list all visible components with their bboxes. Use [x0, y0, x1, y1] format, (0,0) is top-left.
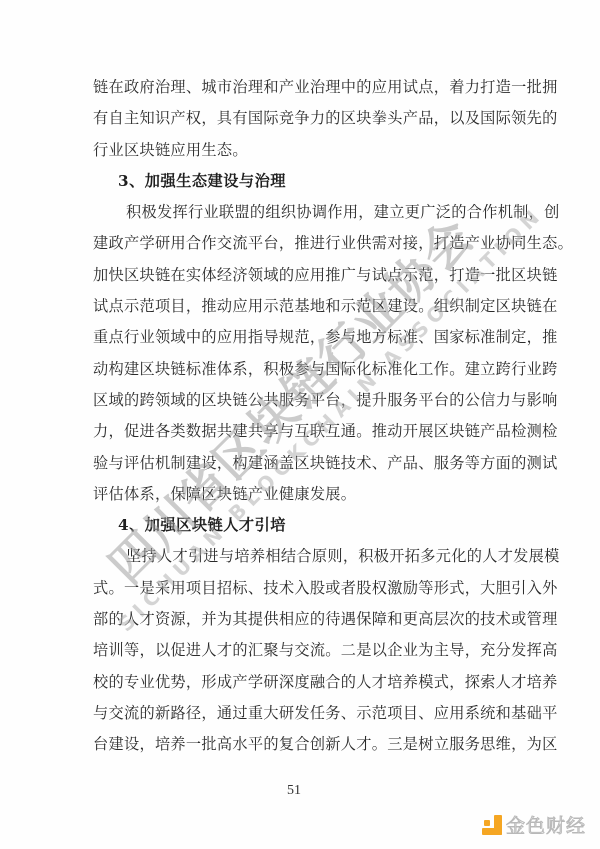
text-line: 培训等，以促进人才的汇聚与交流。二是以企业为主导，充分发挥高 — [93, 635, 509, 666]
page-number: 51 — [287, 783, 301, 799]
text-line: 与交流的新路径，通过重大研发任务、示范项目、应用系统和基础平 — [93, 698, 509, 729]
paragraph-ecosystem: 积极发挥行业联盟的组织协调作用，建立更广泛的合作机制，创 建政产学研用合作交流平… — [93, 197, 509, 510]
text-line: 校的专业优势，形成产学研深度融合的人才培养模式，探索人才培养 — [93, 667, 509, 698]
text-line: 积极发挥行业联盟的组织协调作用，建立更广泛的合作机制，创 — [93, 197, 509, 228]
brand-logo-icon — [482, 815, 502, 835]
text-line: 部的人才资源，并为其提供相应的待遇保障和更高层次的技术或管理 — [93, 604, 509, 635]
text-line: 验与评估机制建设，构建涵盖区块链技术、产品、服务等方面的测试 — [93, 448, 509, 479]
paragraph-talent: 坚持人才引进与培养相结合原则，积极开拓多元化的人才发展模 式。一是采用项目招标、… — [93, 541, 509, 760]
section-heading-3: 3、加强生态建设与治理 — [93, 166, 509, 197]
text-line: 动构建区块链标准体系，积极参与国际化标准化工作。建立跨行业跨 — [93, 354, 509, 385]
text-line: 试点示范项目，推动应用示范基地和示范区建设。组织制定区块链在 — [93, 291, 509, 322]
text-line: 坚持人才引进与培养相结合原则，积极开拓多元化的人才发展模 — [93, 541, 509, 572]
text-line: 重点行业领域中的应用指导规范，参与地方标准、国家标准制定，推 — [93, 322, 509, 353]
text-line: 评估体系，保障区块链产业健康发展。 — [93, 479, 509, 510]
section-heading-4: 4、加强区块链人才引培 — [93, 510, 509, 541]
text-line: 力，促进各类数据共建共享与互联互通。推动开展区块链产品检测检 — [93, 416, 509, 447]
text-line: 链在政府治理、城市治理和产业治理中的应用试点，着力打造一批拥 — [93, 72, 509, 103]
text-line: 有自主知识产权，具有国际竞争力的区块拳头产品，以及国际领先的 — [93, 103, 509, 134]
text-line: 建政产学研用合作交流平台，推进行业供需对接，打造产业协同生态。 — [93, 228, 509, 259]
page-body: 链在政府治理、城市治理和产业治理中的应用试点，着力打造一批拥 有自主知识产权，具… — [93, 72, 509, 761]
text-line: 加快区块链在实体经济领域的应用推广与试点示范，打造一批区块链 — [93, 260, 509, 291]
brand-watermark: 金色财经 — [482, 811, 586, 838]
text-line: 区域的跨领域的区块链公共服务平台，提升服务平台的公信力与影响 — [93, 385, 509, 416]
text-line: 行业区块链应用生态。 — [93, 135, 509, 166]
text-line: 台建设，培养一批高水平的复合创新人才。三是树立服务思维，为区 — [93, 729, 509, 760]
paragraph-continuation: 链在政府治理、城市治理和产业治理中的应用试点，着力打造一批拥 有自主知识产权，具… — [93, 72, 509, 166]
text-line: 式。一是采用项目招标、技术入股或者股权激励等形式，大胆引入外 — [93, 573, 509, 604]
document-page: 链在政府治理、城市治理和产业治理中的应用试点，着力打造一批拥 有自主知识产权，具… — [0, 0, 600, 849]
brand-name: 金色财经 — [506, 811, 586, 838]
